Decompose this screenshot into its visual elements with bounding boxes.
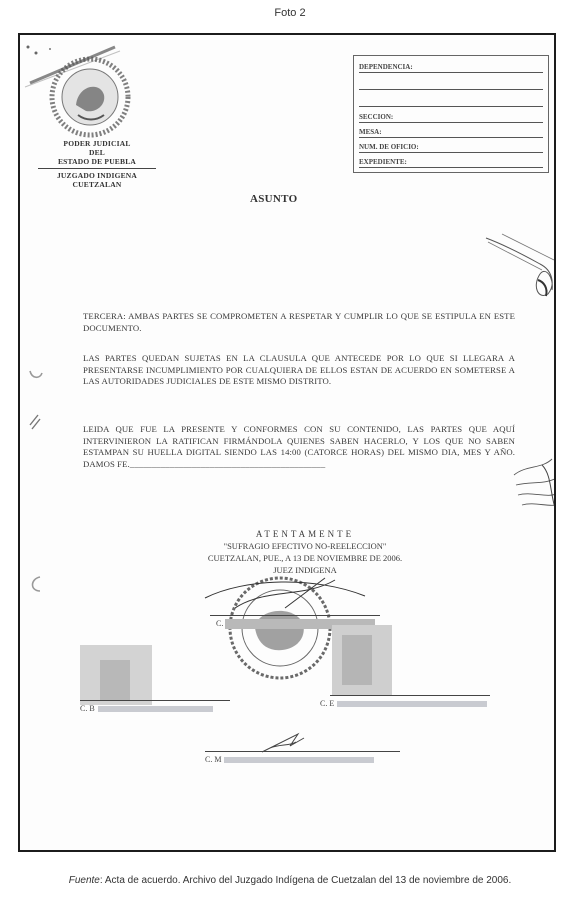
field-blank bbox=[359, 80, 543, 90]
closing-motto: "SUFRAGIO EFECTIVO NO-REELECCION" bbox=[170, 540, 440, 552]
paragraph-clausula: LAS PARTES QUEDAN SUJETAS EN LA CLAUSULA… bbox=[83, 353, 515, 388]
document-heading: ASUNTO bbox=[250, 193, 297, 205]
field-dependencia: DEPENDENCIA: bbox=[359, 63, 543, 73]
signature-line bbox=[330, 695, 490, 696]
field-mesa: MESA: bbox=[359, 128, 543, 138]
closing-place-date: CUETZALAN, PUE., A 13 DE NOVIEMBRE DE 20… bbox=[170, 552, 440, 564]
figure-source: Fuente: Acta de acuerdo. Archivo del Juz… bbox=[0, 875, 580, 886]
field-expediente: EXPEDIENTE: bbox=[359, 158, 543, 168]
signatory-name: C. B bbox=[80, 704, 95, 713]
office-info-box: DEPENDENCIA: SECCION: MESA: NUM. DE OFIC… bbox=[353, 55, 549, 173]
letterhead-line: CUETZALAN bbox=[34, 180, 160, 189]
redacted-name bbox=[98, 706, 213, 712]
redacted-signature bbox=[100, 660, 130, 700]
signatory-bottom: C. M bbox=[205, 755, 374, 764]
signatory-left: C. B bbox=[80, 704, 213, 713]
figure-title: Foto 2 bbox=[0, 7, 580, 19]
signatory-right: C. E bbox=[320, 699, 487, 708]
signatory-name: C. E bbox=[320, 699, 334, 708]
signatory-name: C. M bbox=[205, 755, 221, 764]
source-text: : Acta de acuerdo. Archivo del Juzgado I… bbox=[100, 875, 511, 886]
margin-signature-icon bbox=[512, 455, 556, 515]
signature-line bbox=[210, 615, 380, 616]
scanned-document: PODER JUDICIAL DEL ESTADO DE PUEBLA JUZG… bbox=[18, 33, 556, 852]
coat-of-arms-seal-icon bbox=[48, 55, 132, 139]
margin-signature-icon bbox=[482, 230, 556, 310]
closing-atentamente: ATENTAMENTE bbox=[170, 528, 440, 540]
binder-hole-marks bbox=[26, 365, 46, 595]
signature-line bbox=[80, 700, 230, 701]
field-blank bbox=[359, 97, 543, 107]
paragraph-tercera: TERCERA: AMBAS PARTES SE COMPROMETEN A R… bbox=[83, 311, 515, 334]
letterhead-line: ESTADO DE PUEBLA bbox=[34, 157, 160, 166]
paragraph-leida: LEIDA QUE FUE LA PRESENTE Y CONFORMES CO… bbox=[83, 424, 515, 471]
redacted-signature bbox=[342, 635, 372, 685]
field-num-oficio: NUM. DE OFICIO: bbox=[359, 143, 543, 153]
redacted-name bbox=[224, 757, 374, 763]
redacted-name bbox=[337, 701, 487, 707]
source-label: Fuente bbox=[69, 875, 100, 886]
signature-line bbox=[205, 751, 400, 752]
letterhead-divider bbox=[38, 168, 156, 169]
letterhead-line: PODER JUDICIAL bbox=[34, 139, 160, 148]
letterhead-line: DEL bbox=[34, 148, 160, 157]
field-seccion: SECCION: bbox=[359, 113, 543, 123]
signatory-name: C. bbox=[216, 619, 223, 628]
letterhead-line: JUZGADO INDIGENA bbox=[34, 171, 160, 180]
letterhead: PODER JUDICIAL DEL ESTADO DE PUEBLA JUZG… bbox=[34, 139, 160, 189]
